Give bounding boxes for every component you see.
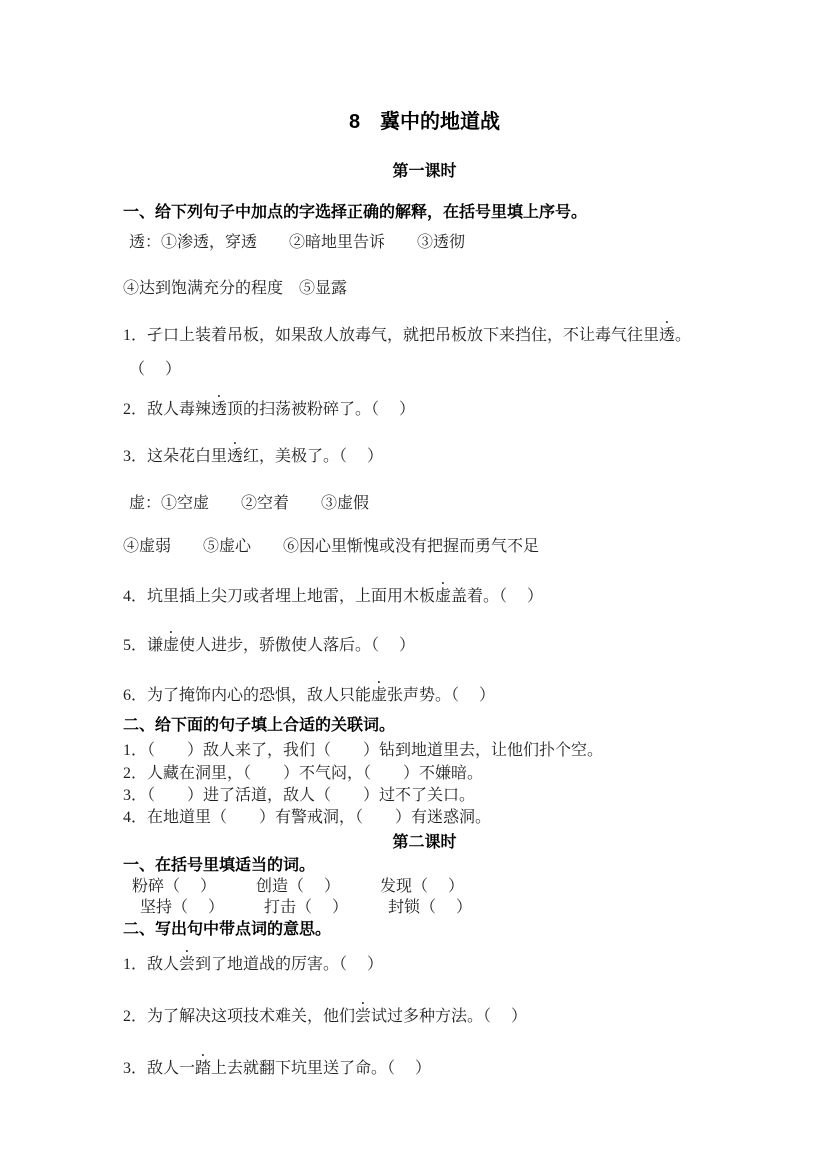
word-row-1: 粉碎（ ） 创造（ ） 发现（ ） bbox=[123, 876, 726, 897]
emphasized-char: 透 bbox=[659, 327, 675, 344]
text-run: 1．孑口上装着吊板，如果敌人放毒气，就把吊板放下来挡住，不让毒气往里 bbox=[123, 327, 659, 344]
s2-question-3: 3．敌人一踏上去就翻下坑里送了命。（ ） bbox=[123, 1051, 726, 1079]
emphasized-char: 虚 bbox=[371, 687, 387, 704]
text-run: 二、给下面的句子填上合适的关联词。 bbox=[123, 717, 395, 734]
text-run: 第一课时 bbox=[392, 163, 456, 180]
text-run: 红，美极了。（ ） bbox=[243, 448, 383, 465]
emphasized-char: 虚 bbox=[163, 637, 179, 654]
relation-2: 2．人藏在洞里，（ ）不气闷，（ ）不嫌暗。 bbox=[123, 763, 726, 784]
text-run: 上去就翻下坑里送了命。（ ） bbox=[211, 1060, 431, 1077]
text-run: 4．坑里插上尖刀或者埋上地雷，上面用木板 bbox=[123, 588, 435, 605]
emphasized-char: 尝 bbox=[179, 956, 195, 973]
session-2-heading: 第二课时 bbox=[123, 832, 726, 853]
def-tou-1: 透：①渗透，穿透 ②暗地里告诉 ③透彻 bbox=[123, 232, 726, 253]
emphasized-char: 透 bbox=[227, 448, 243, 465]
relation-3: 3．（ ）进了活道，敌人（ ）过不了关口。 bbox=[123, 785, 726, 806]
emphasized-char: 踏 bbox=[195, 1060, 211, 1077]
worksheet-body: 8 冀中的地道战第一课时一、给下列句子中加点的字选择正确的解释，在括号里填上序号… bbox=[123, 109, 726, 1079]
word-row-2: 坚持（ ） 打击（ ） 封锁（ ） bbox=[123, 897, 726, 918]
text-run: 1．敌人 bbox=[123, 956, 179, 973]
text-run: 3．敌人一 bbox=[123, 1060, 195, 1077]
relation-4: 4．在地道里（ ）有警戒洞，（ ）有迷惑洞。 bbox=[123, 807, 726, 828]
text-run: 坚持（ ） 打击（ ） 封锁（ ） bbox=[140, 899, 472, 916]
text-run: 1．（ ）敌人来了，我们（ ）钻到地道里去，让他们扑个空。 bbox=[123, 742, 603, 759]
text-run: 张声势。（ ） bbox=[387, 687, 495, 704]
text-run: 到了地道战的厉害。（ ） bbox=[195, 956, 383, 973]
text-run: 使人进步，骄傲使人落后。（ ） bbox=[179, 637, 415, 654]
emphasized-char: 透 bbox=[211, 401, 227, 418]
s2-section-2-heading: 二、写出句中带点词的意思。 bbox=[123, 919, 726, 940]
s2-section-1-heading: 一、在括号里填适当的词。 bbox=[123, 855, 726, 876]
text-run: 5．谦 bbox=[123, 637, 163, 654]
text-run: 2．人藏在洞里，（ ）不气闷，（ ）不嫌暗。 bbox=[123, 765, 483, 782]
text-run: 3．这朵花白里 bbox=[123, 448, 227, 465]
text-run: 试过多种方法。（ ） bbox=[371, 1008, 527, 1025]
def-xu-1: 虚：①空虚 ②空着 ③虚假 bbox=[123, 493, 726, 514]
emphasized-char: 虚 bbox=[435, 588, 451, 605]
def-tou-2: ④达到饱满充分的程度 ⑤显露 bbox=[123, 278, 726, 299]
emphasized-char: 尝 bbox=[355, 1008, 371, 1025]
relation-1: 1．（ ）敌人来了，我们（ ）钻到地道里去，让他们扑个空。 bbox=[123, 740, 726, 761]
text-run: 虚：①空虚 ②空着 ③虚假 bbox=[129, 495, 369, 512]
question-3: 3．这朵花白里透红，美极了。（ ） bbox=[123, 439, 726, 467]
text-run: 一、在括号里填适当的词。 bbox=[123, 857, 315, 874]
question-1: 1．孑口上装着吊板，如果敌人放毒气，就把吊板放下来挡住，不让毒气往里透。 bbox=[123, 318, 726, 346]
text-run: 4．在地道里（ ）有警戒洞，（ ）有迷惑洞。 bbox=[123, 809, 491, 826]
question-2: 2．敌人毒辣透顶的扫荡被粉碎了。（ ） bbox=[123, 392, 726, 420]
s1-section-1-heading: 一、给下列句子中加点的字选择正确的解释，在括号里填上序号。 bbox=[123, 202, 726, 223]
question-6: 6．为了掩饰内心的恐惧，敌人只能虚张声势。（ ） bbox=[123, 678, 726, 706]
question-5: 5．谦虚使人进步，骄傲使人落后。（ ） bbox=[123, 628, 726, 656]
text-run: 8 冀中的地道战 bbox=[349, 111, 500, 133]
question-4: 4．坑里插上尖刀或者埋上地雷，上面用木板虚盖着。（ ） bbox=[123, 579, 726, 607]
text-run: 透：①渗透，穿透 ②暗地里告诉 ③透彻 bbox=[129, 234, 465, 251]
text-run: 第二课时 bbox=[392, 834, 456, 851]
s2-question-2: 2．为了解决这项技术难关，他们尝试过多种方法。（ ） bbox=[123, 999, 726, 1027]
s2-question-1: 1．敌人尝到了地道战的厉害。（ ） bbox=[123, 947, 726, 975]
text-run: 2．为了解决这项技术难关，他们 bbox=[123, 1008, 355, 1025]
session-1-heading: 第一课时 bbox=[123, 161, 726, 182]
text-run: 。 bbox=[675, 327, 691, 344]
text-run: 盖着。（ ） bbox=[451, 588, 543, 605]
text-run: 一、给下列句子中加点的字选择正确的解释，在括号里填上序号。 bbox=[123, 204, 587, 221]
text-run: 6．为了掩饰内心的恐惧，敌人只能 bbox=[123, 687, 371, 704]
text-run: 3．（ ）进了活道，敌人（ ）过不了关口。 bbox=[123, 787, 475, 804]
text-run: （ ） bbox=[129, 361, 181, 378]
text-run: 顶的扫荡被粉碎了。（ ） bbox=[227, 401, 415, 418]
worksheet-page: 8 冀中的地道战第一课时一、给下列句子中加点的字选择正确的解释，在括号里填上序号… bbox=[0, 0, 826, 1169]
def-xu-2: ④虚弱 ⑤虚心 ⑥因心里惭愧或没有把握而勇气不足 bbox=[123, 536, 726, 557]
doc-title: 8 冀中的地道战 bbox=[123, 109, 726, 135]
text-run: 2．敌人毒辣 bbox=[123, 401, 211, 418]
text-run: ④虚弱 ⑤虚心 ⑥因心里惭愧或没有把握而勇气不足 bbox=[123, 538, 539, 555]
s1-section-2-heading: 二、给下面的句子填上合适的关联词。 bbox=[123, 715, 726, 736]
text-run: 粉碎（ ） 创造（ ） 发现（ ） bbox=[132, 878, 464, 895]
text-run: 二、写出句中带点词的意思。 bbox=[123, 921, 331, 938]
question-1-blank: （ ） bbox=[123, 359, 726, 380]
text-run: ④达到饱满充分的程度 ⑤显露 bbox=[123, 280, 347, 297]
